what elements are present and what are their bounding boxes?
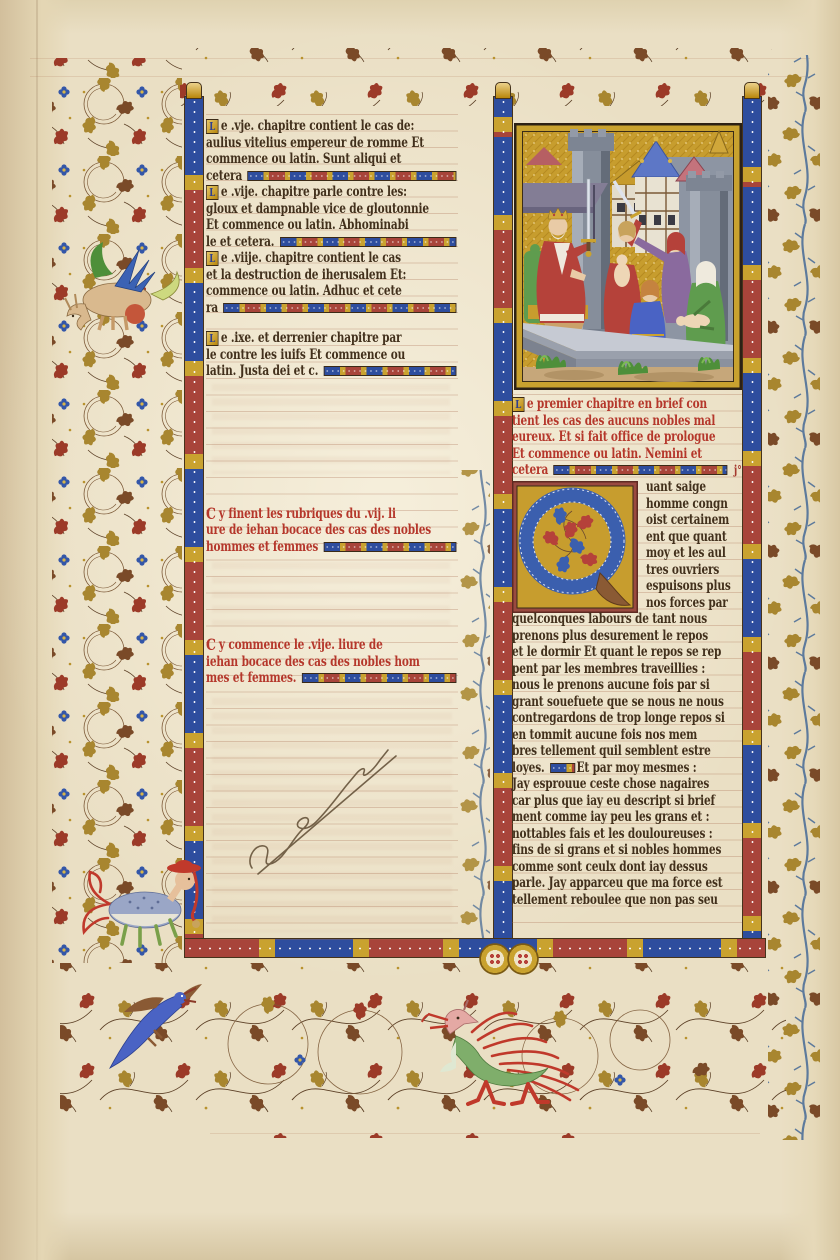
line-filler-ornament (224, 303, 457, 313)
chapter-rubric-7: Le .vije. chapitre parle contre les: glo… (206, 184, 458, 250)
line-filler-ornament (280, 237, 456, 247)
chapter-rubric-6: Le .vje. chapitre contient le cas de: au… (206, 118, 458, 184)
red-initial: C (206, 637, 216, 653)
chapter-rubric-9: Le .ixe. et derrenier chapitre par le co… (206, 330, 458, 380)
chapter-rubric-8: Le .viije. chapitre contient le cas et l… (206, 250, 458, 316)
left-text-column: Le .vje. chapitre contient le cas de: au… (206, 118, 458, 687)
left-border-bar (184, 96, 204, 940)
right-border-bar (742, 96, 762, 940)
gold-initial: L (206, 119, 218, 134)
red-initial: C (206, 506, 216, 522)
line-filler-ornament (550, 763, 575, 773)
quire-mark: j° (734, 462, 742, 479)
signature-scribble (238, 742, 418, 882)
line-filler-ornament (324, 542, 456, 552)
gold-initial: L (512, 397, 524, 412)
bottom-bar-roundel (505, 941, 541, 977)
line-filler-ornament (324, 366, 456, 376)
blue-wyvern (98, 972, 218, 1087)
winged-hybrid-beast (55, 232, 195, 352)
miniature-painting (514, 123, 742, 390)
line-filler-ornament (302, 673, 456, 683)
incipit-rubric: Cy commence le .vije. liure de iehan boc… (206, 637, 458, 687)
bottom-border-bar (184, 938, 766, 958)
line-filler-ornament (554, 465, 728, 475)
gold-initial: L (206, 331, 218, 346)
explicit-rubric: Cy finent les rubriques du .vij. li ure … (206, 506, 458, 556)
center-border-bar (493, 96, 513, 940)
right-chapter-rubric: Le premier chapitre en brief con tient l… (512, 396, 742, 479)
gold-initial: L (206, 251, 218, 266)
decorated-initial-Q (512, 481, 638, 613)
hatted-grotesque (70, 848, 220, 968)
red-crested-dragon (420, 998, 600, 1113)
gold-initial: L (206, 185, 218, 200)
line-filler-ornament (248, 171, 456, 181)
right-body-text: uant saige homme congn oist certainem en… (512, 479, 742, 908)
manuscript-page: Le .vje. chapitre contient le cas de: au… (0, 0, 840, 1260)
